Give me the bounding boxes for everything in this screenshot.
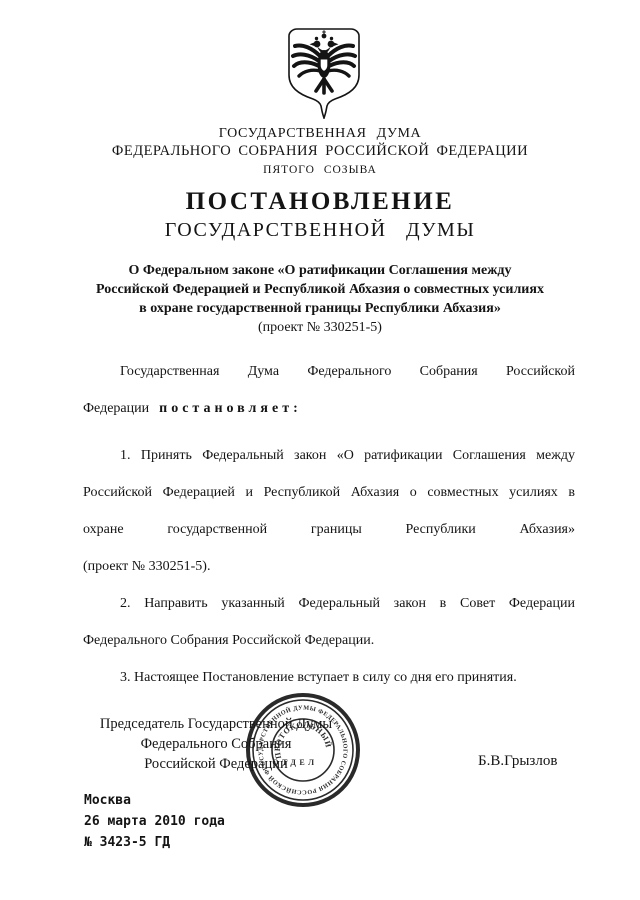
body-line: Федерального Собрания Российской Федерац… <box>83 622 575 659</box>
body-line: Российской Федерацией и Республикой Абха… <box>83 474 575 511</box>
intro-paragraph: Государственная Дума Федерального Собран… <box>83 353 575 427</box>
org-name-line: ГОСУДАРСТВЕННАЯ ДУМА <box>0 126 640 142</box>
stamp-center-text: ОТДЕЛ <box>272 758 317 767</box>
item-1-paragraph: 1. Принять Федеральный закон «О ратифика… <box>83 437 575 585</box>
title-line: Российской Федерацией и Республикой Абха… <box>60 280 580 299</box>
org-name-line: ФЕДЕРАЛЬНОГО СОБРАНИЯ РОССИЙСКОЙ ФЕДЕРАЦ… <box>0 143 640 160</box>
footer-city: Москва <box>84 790 225 811</box>
intro-normal-text: Федерации <box>83 401 149 416</box>
org-convocation-line: ПЯТОГО СОЗЫВА <box>0 164 640 176</box>
footer-number: № 3423-5 ГД <box>84 832 225 853</box>
title-project-number: (проект № 330251-5) <box>60 318 580 337</box>
stamp-center-arc-text: ПРОТОКОЛЬНЫЙ <box>273 720 333 759</box>
body-line: Федерациипостановляет: <box>83 390 575 427</box>
body-line: охране государственной границы Республик… <box>83 511 575 548</box>
round-stamp-protocol-department: ГОСУДАРСТВЕННОЙ ДУМЫ ФЕДЕРАЛЬНОГО СОБРАН… <box>223 670 383 830</box>
footer-date: 26 марта 2010 года <box>84 811 225 832</box>
doc-type-subtitle: ГОСУДАРСТВЕННОЙ ДУМЫ <box>0 219 640 242</box>
body-line: 2. Направить указанный Федеральный закон… <box>83 585 575 622</box>
document-footer: Москва 26 марта 2010 года № 3423-5 ГД <box>84 790 225 853</box>
doc-type-title: ПОСТАНОВЛЕНИЕ <box>0 188 640 216</box>
body-line: 1. Принять Федеральный закон «О ратифика… <box>83 437 575 474</box>
title-line: О Федеральном законе «О ратификации Согл… <box>60 261 580 280</box>
body-line: Государственная Дума Федерального Собран… <box>83 353 575 390</box>
svg-text:ПРОТОКОЛЬНЫЙ: ПРОТОКОЛЬНЫЙ <box>273 720 333 759</box>
document-type-heading: ПОСТАНОВЛЕНИЕ ГОСУДАРСТВЕННОЙ ДУМЫ <box>0 188 640 242</box>
title-line: в охране государственной границы Республ… <box>60 299 580 318</box>
document-page: ГОСУДАРСТВЕННАЯ ДУМА ФЕДЕРАЛЬНОГО СОБРАН… <box>0 0 640 900</box>
russia-coat-of-arms-icon <box>287 27 361 119</box>
intro-resolves-text: постановляет: <box>159 401 302 416</box>
document-body: Государственная Дума Федерального Собран… <box>83 353 575 696</box>
double-headed-eagle-icon <box>293 30 355 93</box>
item-2-paragraph: 2. Направить указанный Федеральный закон… <box>83 585 575 659</box>
signature-name: Б.В.Грызлов <box>478 753 557 770</box>
org-header: ГОСУДАРСТВЕННАЯ ДУМА ФЕДЕРАЛЬНОГО СОБРАН… <box>0 126 640 176</box>
body-line: (проект № 330251-5). <box>83 548 575 585</box>
document-title: О Федеральном законе «О ратификации Согл… <box>60 261 580 337</box>
